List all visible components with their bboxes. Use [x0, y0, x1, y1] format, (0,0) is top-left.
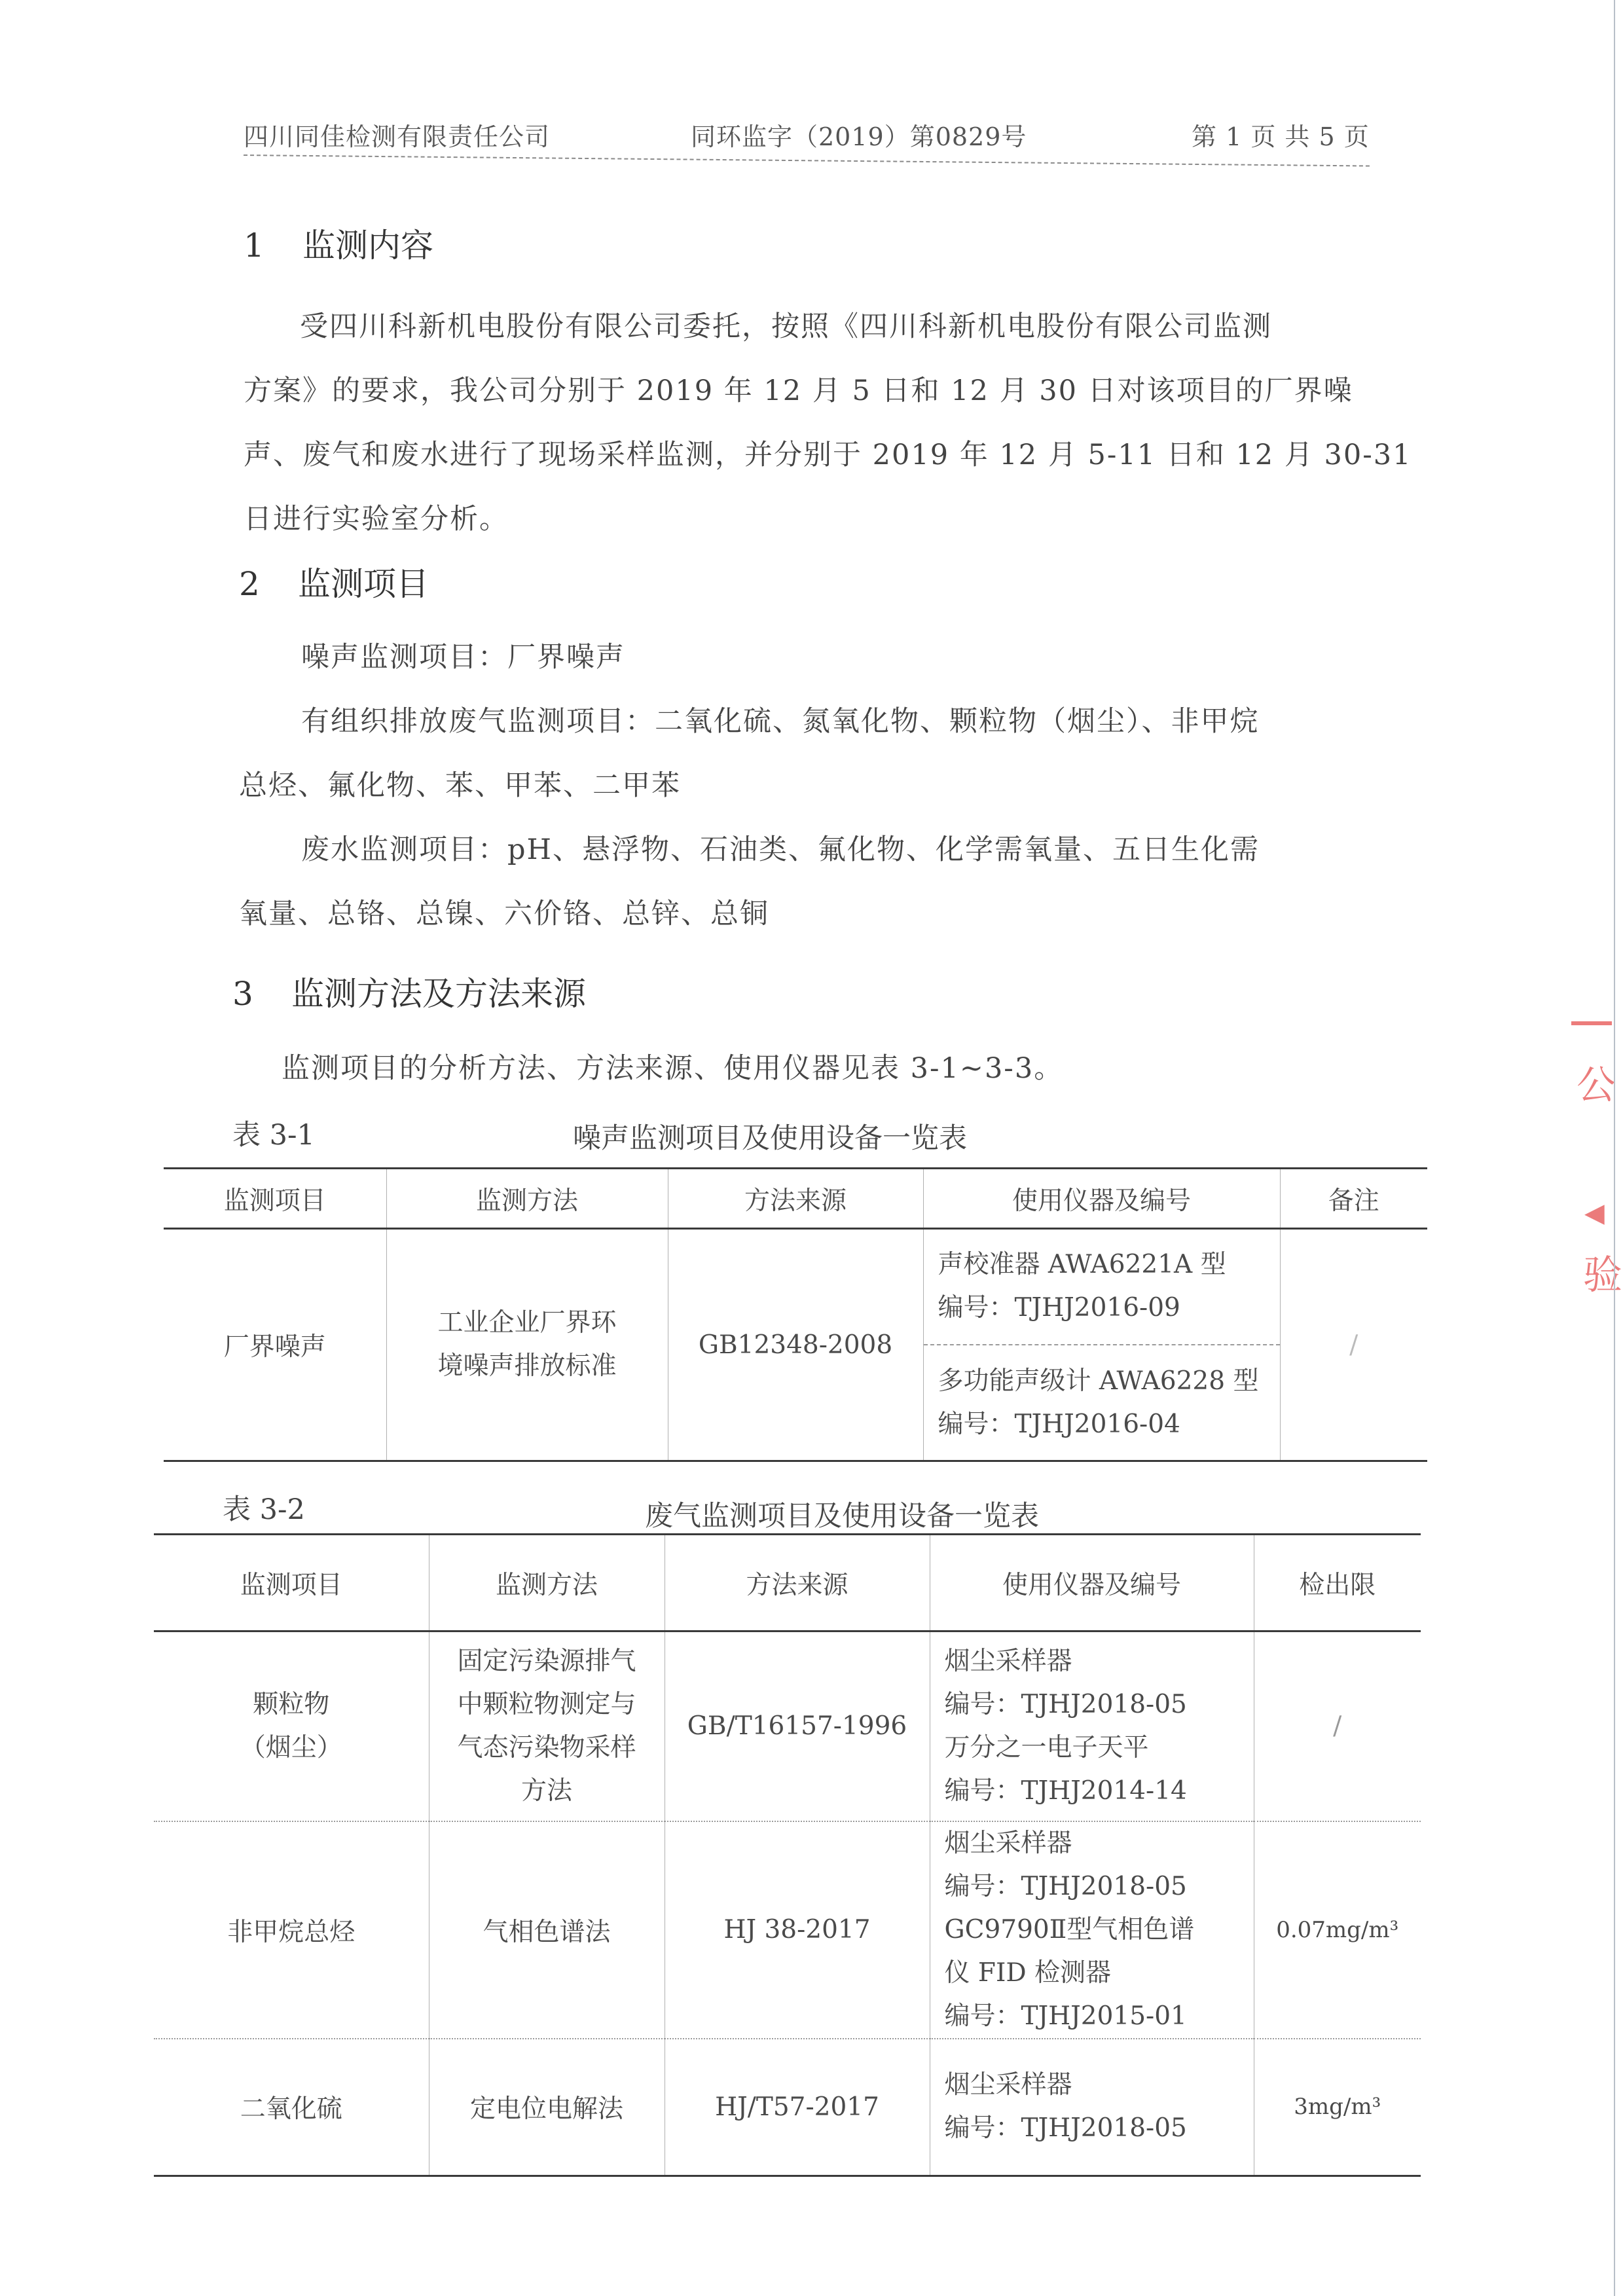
instrument-line: 万分之一电子天平 [945, 1726, 1249, 1770]
instrument-name: 多功能声级计 AWA6228 型 [938, 1360, 1275, 1403]
cell-item: 非甲烷总烃 [154, 1821, 429, 2039]
gas-items-line: 有组织排放废气监测项目：二氧化硫、氮氧化物、颗粒物（烟尘）、非甲烷 [239, 689, 1404, 754]
col-header: 方法来源 [665, 1535, 930, 1631]
instrument-line: GC9790Ⅱ型气相色谱 [945, 1908, 1249, 1952]
cell-item: 厂界噪声 [164, 1229, 386, 1461]
col-header: 监测项目 [164, 1169, 386, 1229]
cell-instruments: 烟尘采样器 编号：TJHJ2018-05 [930, 2039, 1254, 2176]
section-2-paragraph: 噪声监测项目：厂界噪声 有组织排放废气监测项目：二氧化硫、氮氧化物、颗粒物（烟尘… [239, 625, 1404, 946]
method-line: 气态污染物采样 [435, 1726, 659, 1770]
cell-method: 工业企业厂界环境噪声排放标准 [386, 1229, 668, 1461]
table-3-2-label: 表 3-2 [223, 1487, 305, 1527]
instrument-line: 烟尘采样器 [945, 2064, 1249, 2107]
table-3-2: 监测项目 监测方法 方法来源 使用仪器及编号 检出限 颗粒物 （烟尘） 固定污染… [154, 1533, 1421, 2177]
table-header-row: 监测项目 监测方法 方法来源 使用仪器及编号 备注 [164, 1169, 1427, 1229]
instrument-line: 烟尘采样器 [945, 1640, 1249, 1683]
method-text: 工业企业厂界环境噪声排放标准 [435, 1302, 619, 1388]
section-1-number: 1 [244, 227, 302, 264]
cell-source: GB12348-2008 [668, 1229, 923, 1461]
instrument-name: 声校准器 AWA6221A 型 [938, 1243, 1275, 1286]
col-header: 使用仪器及编号 [923, 1169, 1280, 1229]
cell-instruments: 声校准器 AWA6221A 型 编号：TJHJ2016-09 多功能声级计 AW… [923, 1229, 1280, 1461]
instrument-line: 编号：TJHJ2015-01 [945, 1995, 1249, 2038]
instrument-id: 编号：TJHJ2016-09 [938, 1286, 1275, 1330]
cell-method: 定电位电解法 [429, 2039, 665, 2176]
para-line: 方案》的要求，我公司分别于 2019 年 12 月 5 日和 12 月 30 日… [244, 359, 1409, 423]
table-row: 非甲烷总烃 气相色谱法 HJ 38-2017 烟尘采样器 编号：TJHJ2018… [154, 1821, 1421, 2039]
item-line: （烟尘） [159, 1726, 424, 1770]
section-1-heading: 1监测内容 [244, 219, 433, 266]
col-header: 方法来源 [668, 1169, 923, 1229]
item-line: 颗粒物 [159, 1683, 424, 1726]
para-line: 声、废气和废水进行了现场采样监测，并分别于 2019 年 12 月 5-11 日… [244, 423, 1409, 487]
instrument-line: 编号：TJHJ2018-05 [945, 1683, 1249, 1726]
cell-method: 固定污染源排气 中颗粒物测定与 气态污染物采样 方法 [429, 1631, 665, 1821]
para-line: 受四川科新机电股份有限公司委托，按照《四川科新机电股份有限公司监测 [244, 295, 1409, 359]
water-items-line-cont: 氧量、总铬、总镍、六价铬、总锌、总铜 [239, 882, 1404, 946]
col-header: 使用仪器及编号 [930, 1535, 1254, 1631]
section-1-paragraph: 受四川科新机电股份有限公司委托，按照《四川科新机电股份有限公司监测 方案》的要求… [244, 295, 1409, 551]
instrument-id: 编号：TJHJ2016-04 [938, 1403, 1275, 1446]
table-row: 厂界噪声 工业企业厂界环境噪声排放标准 GB12348-2008 声校准器 AW… [164, 1229, 1427, 1461]
method-line: 固定污染源排气 [435, 1640, 659, 1683]
cell-source: HJ/T57-2017 [665, 2039, 930, 2176]
para-line: 日进行实验室分析。 [244, 487, 1409, 551]
method-line: 方法 [435, 1770, 659, 1813]
section-2-number: 2 [239, 565, 298, 603]
seal-fragment-char: 公 [1577, 1054, 1616, 1110]
table-3-2-title: 废气监测项目及使用设备一览表 [645, 1494, 1039, 1534]
cell-item: 二氧化硫 [154, 2039, 429, 2176]
instrument-line: 仪 FID 检测器 [945, 1952, 1249, 1995]
instrument-line: 烟尘采样器 [945, 1822, 1249, 1865]
cell-detection-limit: 0.07mg/m³ [1254, 1821, 1421, 2039]
header-report-number: 同环监字（2019）第0829号 [691, 117, 1027, 153]
cell-instruments: 烟尘采样器 编号：TJHJ2018-05 万分之一电子天平 编号：TJHJ201… [930, 1631, 1254, 1821]
seal-fragment-mark: ◀ [1584, 1198, 1605, 1228]
col-header: 备注 [1280, 1169, 1427, 1229]
cell-detection-limit: / [1254, 1631, 1421, 1821]
seal-fragment-char: 验 [1583, 1244, 1622, 1300]
seal-fragment [1571, 1021, 1612, 1025]
col-header: 检出限 [1254, 1535, 1421, 1631]
noise-items-line: 噪声监测项目：厂界噪声 [239, 625, 1404, 689]
table-3-1-title: 噪声监测项目及使用设备一览表 [573, 1116, 967, 1156]
gas-items-line-cont: 总烃、氟化物、苯、甲苯、二甲苯 [239, 754, 1404, 818]
section-3-heading: 3监测方法及方法来源 [232, 968, 586, 1015]
header-divider [244, 155, 1370, 167]
col-header: 监测项目 [154, 1535, 429, 1631]
cell-source: GB/T16157-1996 [665, 1631, 930, 1821]
water-items-line: 废水监测项目：pH、悬浮物、石油类、氟化物、化学需氧量、五日生化需 [239, 818, 1404, 882]
cell-source: HJ 38-2017 [665, 1821, 930, 2039]
header-company: 四川同佳检测有限责任公司 [244, 117, 550, 153]
instrument-line: 编号：TJHJ2018-05 [945, 1865, 1249, 1908]
col-header: 监测方法 [386, 1169, 668, 1229]
instrument-line: 编号：TJHJ2018-05 [945, 2107, 1249, 2150]
cell-remark: / [1280, 1229, 1427, 1461]
table-row: 二氧化硫 定电位电解法 HJ/T57-2017 烟尘采样器 编号：TJHJ201… [154, 2039, 1421, 2176]
section-1-title: 监测内容 [302, 227, 433, 264]
cell-item: 颗粒物 （烟尘） [154, 1631, 429, 1821]
table-header-row: 监测项目 监测方法 方法来源 使用仪器及编号 检出限 [154, 1535, 1421, 1631]
col-header: 监测方法 [429, 1535, 665, 1631]
page-edge-line [1614, 0, 1615, 2296]
section-3-title: 监测方法及方法来源 [291, 975, 586, 1013]
method-line: 中颗粒物测定与 [435, 1683, 659, 1726]
table-row: 颗粒物 （烟尘） 固定污染源排气 中颗粒物测定与 气态污染物采样 方法 GB/T… [154, 1631, 1421, 1821]
para-line: 监测项目的分析方法、方法来源、使用仪器见表 3-1~3-3。 [282, 1036, 1063, 1101]
cell-instruments: 烟尘采样器 编号：TJHJ2018-05 GC9790Ⅱ型气相色谱 仪 FID … [930, 1821, 1254, 2039]
section-3-paragraph: 监测项目的分析方法、方法来源、使用仪器见表 3-1~3-3。 [282, 1036, 1063, 1101]
section-3-number: 3 [232, 975, 291, 1013]
cell-method: 气相色谱法 [429, 1821, 665, 2039]
header-page-info: 第 1 页 共 5 页 [1192, 117, 1370, 153]
table-3-1-label: 表 3-1 [232, 1113, 315, 1153]
table-3-1: 监测项目 监测方法 方法来源 使用仪器及编号 备注 厂界噪声 工业企业厂界环境噪… [164, 1167, 1427, 1462]
instrument-divider [924, 1344, 1280, 1345]
section-2-title: 监测项目 [298, 565, 429, 603]
cell-detection-limit: 3mg/m³ [1254, 2039, 1421, 2176]
instrument-line: 编号：TJHJ2014-14 [945, 1770, 1249, 1813]
section-2-heading: 2监测项目 [239, 558, 429, 605]
